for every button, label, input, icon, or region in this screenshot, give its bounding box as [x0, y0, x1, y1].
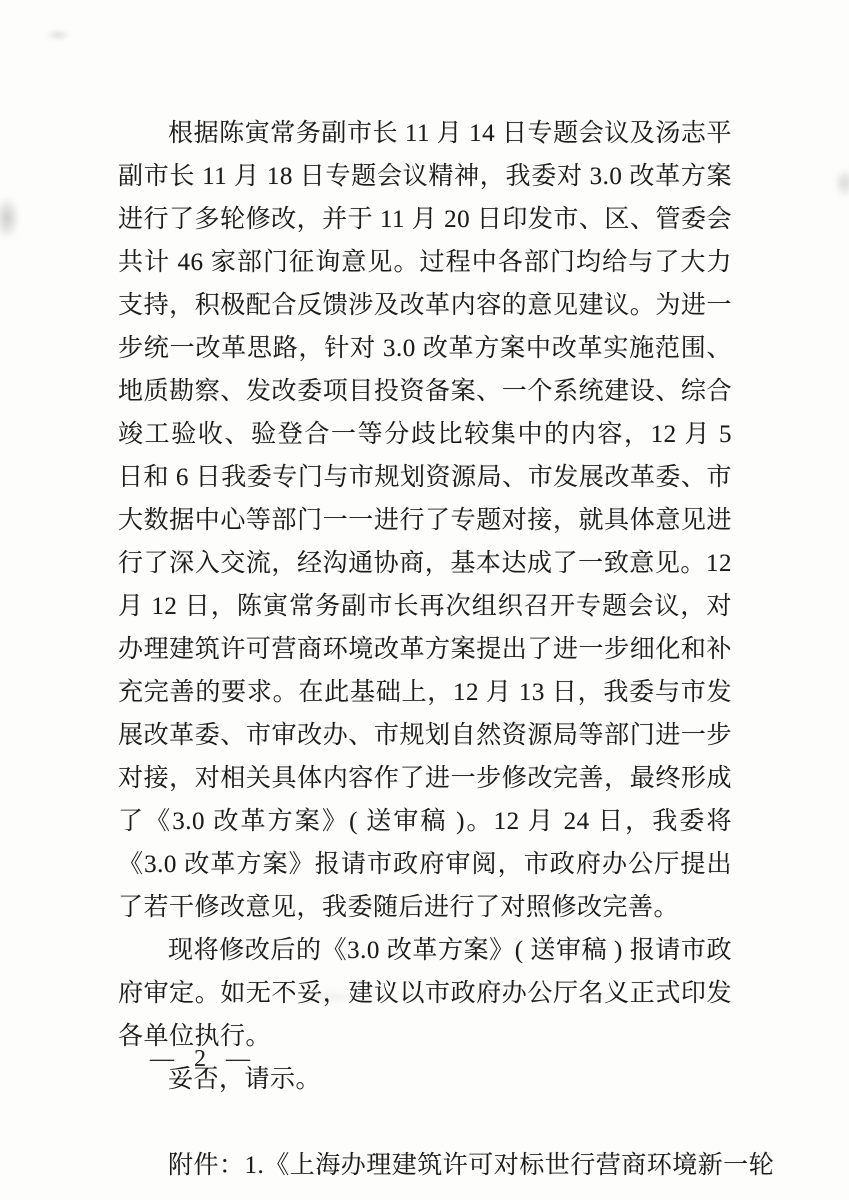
- scan-artifact: [45, 30, 71, 40]
- attachment-line: 附件：1.《上海办理建筑许可对标世行营商环境新一轮: [118, 1144, 732, 1187]
- scan-artifact: [834, 168, 849, 198]
- document-body: 根据陈寅常务副市长 11 月 14 日专题会议及汤志平副市长 11 月 18 日…: [118, 112, 732, 1187]
- scan-artifact: [0, 196, 20, 240]
- document-page: 根据陈寅常务副市长 11 月 14 日专题会议及汤志平副市长 11 月 18 日…: [0, 0, 849, 1200]
- paragraph-submission: 现将修改后的《3.0 改革方案》( 送审稿 ) 报请市政府审定。如无不妥，建议以…: [118, 929, 732, 1058]
- paragraph-main: 根据陈寅常务副市长 11 月 14 日专题会议及汤志平副市长 11 月 18 日…: [118, 112, 732, 929]
- page-number: — 2 —: [150, 1046, 257, 1073]
